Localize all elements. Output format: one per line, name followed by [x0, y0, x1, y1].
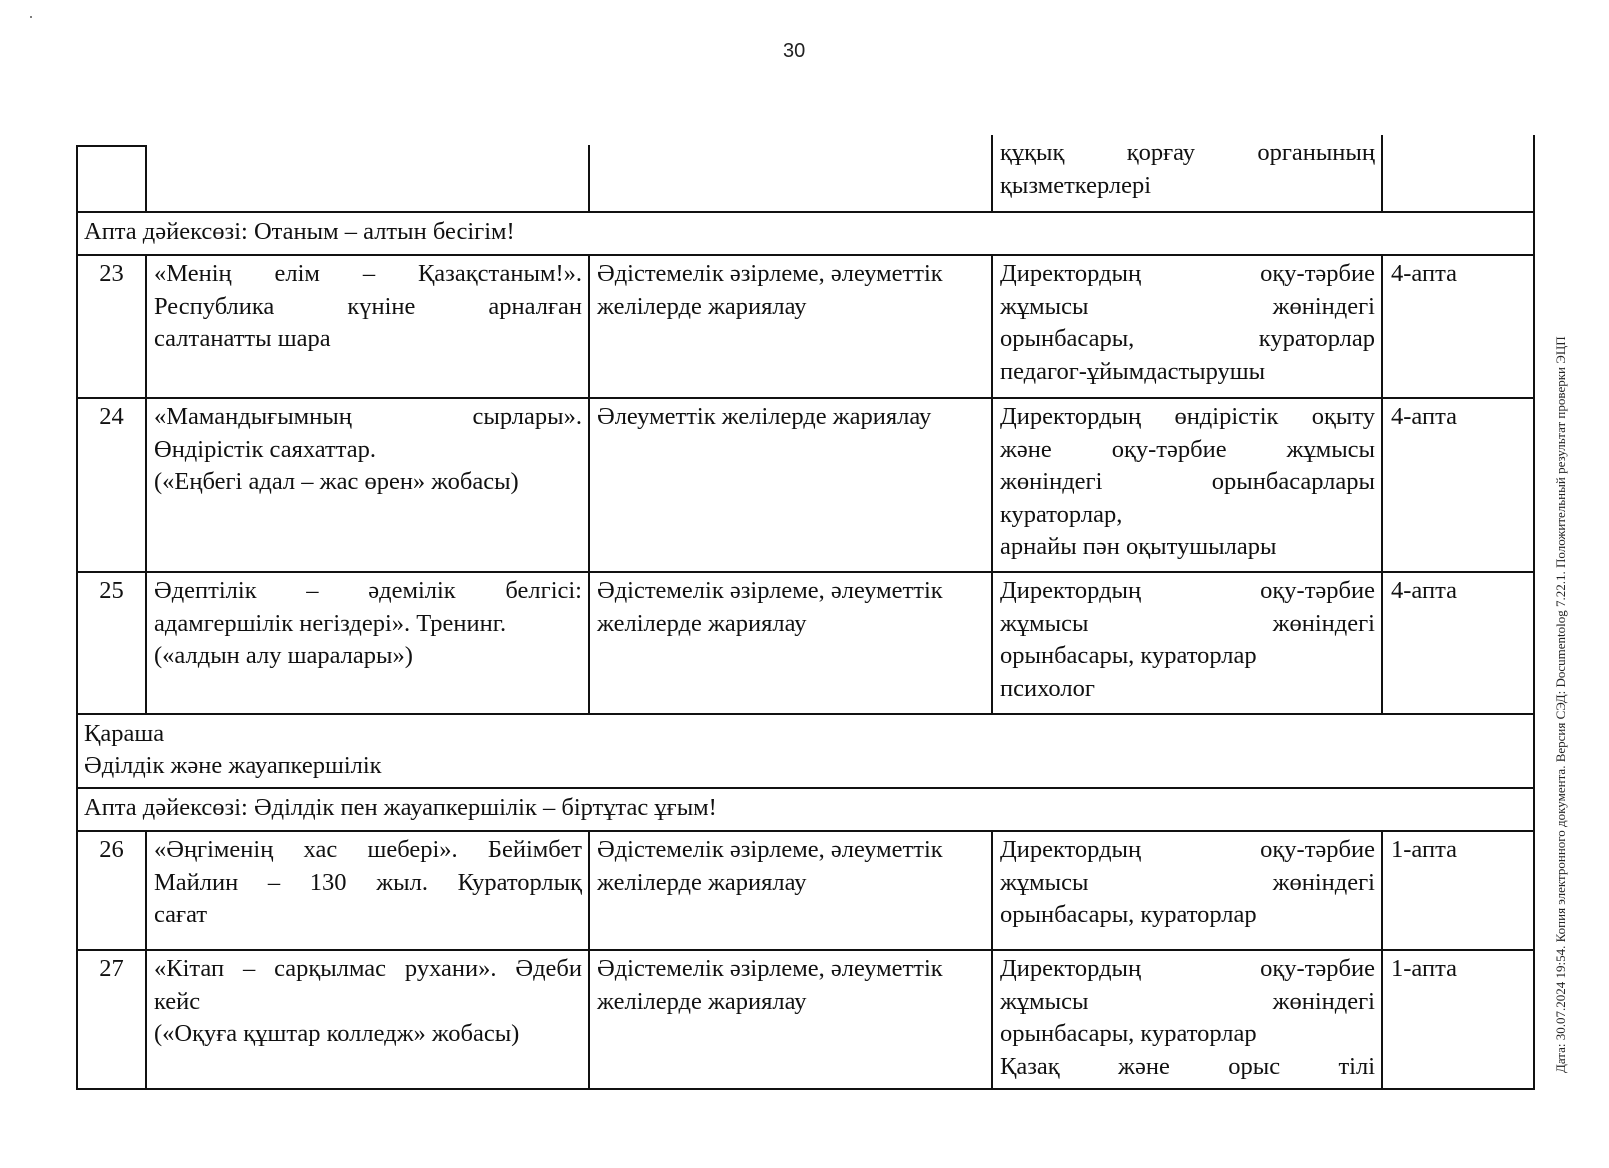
month-theme: ҚарашаӘділдік және жауапкершілік — [76, 715, 1535, 787]
cell-form: Әлеуметтік желілерде жариялау — [588, 399, 991, 571]
cell-deadline: 4-апта — [1381, 399, 1535, 571]
text-line: психолог — [1000, 673, 1375, 706]
cell-responsible: құқық қорғау органыныңқызметкерлері — [991, 135, 1381, 211]
text-line: Қараша — [84, 718, 1527, 750]
text-line: Директордың оқу-тәрбие — [1000, 575, 1375, 608]
text-line: жұмысы жөніндегі — [1000, 867, 1375, 900]
table-row: 26«Әңгіменің хас шебері». БейімбетМайлин… — [76, 832, 1535, 951]
table-row: 23«Менің елім – Қазақстаным!».Республика… — [76, 256, 1535, 399]
text-line: қызметкерлері — [1000, 170, 1375, 203]
cell-event: Әдептілік – әдемілік белгісі:адамгершілі… — [145, 573, 588, 713]
text-line: құқық қорғау органының — [1000, 137, 1375, 170]
scan-speck — [30, 16, 32, 18]
text-line: Директордың оқу-тәрбие — [1000, 834, 1375, 867]
cell-number: 24 — [76, 399, 145, 571]
cell-deadline: 4-апта — [1381, 573, 1535, 713]
cell-deadline: 4-апта — [1381, 256, 1535, 397]
text-line: Әділдік және жауапкершілік — [84, 750, 1527, 782]
text-line: Әдістемелік әзірлеме, әлеуметтік — [597, 953, 985, 986]
text-line: («Оқуға құштар колледж» жобасы) — [154, 1018, 582, 1051]
table-row: 27«Кітап – сарқылмас рухани». Әдебикейс(… — [76, 951, 1535, 1090]
text-line: Директордың оқу-тәрбие — [1000, 258, 1375, 291]
text-line: («алдын алу шаралары») — [154, 640, 582, 673]
table-row-continuation: құқық қорғау органыныңқызметкерлері — [76, 135, 1535, 213]
week-motto: Апта дәйексөзі: Әділдік пен жауапкершілі… — [76, 789, 1535, 830]
electronic-signature-stamp: Дата: 30.07.2024 19:54. Копия электронно… — [1553, 336, 1569, 1073]
cell-form: Әдістемелік әзірлеме, әлеуметтікжелілерд… — [588, 573, 991, 713]
text-line: Республика күніне арналған — [154, 291, 582, 324]
cell-number: 26 — [76, 832, 145, 949]
text-line: «Мамандығымның сырлары». — [154, 401, 582, 434]
cell-responsible: Директордың оқу-тәрбиежұмысы жөніндегіор… — [991, 951, 1381, 1088]
cell-number — [76, 145, 145, 211]
cell-responsible: Директордың оқу-тәрбиежұмысы жөніндегіор… — [991, 832, 1381, 949]
text-line: Директордың оқу-тәрбие — [1000, 953, 1375, 986]
cell-form — [588, 145, 991, 211]
text-line: жұмысы жөніндегі — [1000, 608, 1375, 641]
cell-deadline: 1-апта — [1381, 951, 1535, 1088]
text-line: орынбасары, кураторлар — [1000, 899, 1375, 932]
table-row: 24«Мамандығымның сырлары».Өндірістік сая… — [76, 399, 1535, 573]
text-line: сағат — [154, 899, 582, 932]
cell-event: «Мамандығымның сырлары».Өндірістік саяха… — [145, 399, 588, 571]
text-line: желілерде жариялау — [597, 986, 985, 1019]
text-line: («Еңбегі адал – жас өрен» жобасы) — [154, 466, 582, 499]
table-row: 25Әдептілік – әдемілік белгісі:адамгерші… — [76, 573, 1535, 715]
text-line: және оқу-тәрбие жұмысы — [1000, 434, 1375, 467]
text-line: орынбасары, кураторлар — [1000, 640, 1375, 673]
cell-event: «Менің елім – Қазақстаным!».Республика к… — [145, 256, 588, 397]
text-line: кураторлар, — [1000, 499, 1375, 532]
text-line: желілерде жариялау — [597, 291, 985, 324]
page-number: 30 — [783, 40, 805, 63]
text-line: жұмысы жөніндегі — [1000, 291, 1375, 324]
text-line: Өндірістік саяхаттар. — [154, 434, 582, 467]
text-line: Әдептілік – әдемілік белгісі: — [154, 575, 582, 608]
text-line: Әдістемелік әзірлеме, әлеуметтік — [597, 834, 985, 867]
cell-form: Әдістемелік әзірлеме, әлеуметтікжелілерд… — [588, 256, 991, 397]
text-line: салтанатты шара — [154, 323, 582, 356]
text-line: Әдістемелік әзірлеме, әлеуметтік — [597, 258, 985, 291]
text-line: адамгершілік негіздері». Тренинг. — [154, 608, 582, 641]
text-line: Әдістемелік әзірлеме, әлеуметтік — [597, 575, 985, 608]
text-line: Майлин – 130 жыл. Кураторлық — [154, 867, 582, 900]
text-line: Директордың өндірістік оқыту — [1000, 401, 1375, 434]
cell-number: 27 — [76, 951, 145, 1088]
month-theme-row: ҚарашаӘділдік және жауапкершілік — [76, 715, 1535, 789]
text-line: Әлеуметтік желілерде жариялау — [597, 401, 985, 434]
cell-number: 25 — [76, 573, 145, 713]
text-line: Қазақ және орыс тілі — [1000, 1051, 1375, 1084]
cell-deadline — [1381, 135, 1535, 211]
text-line: арнайы пән оқытушылары — [1000, 531, 1375, 564]
cell-event — [145, 145, 588, 211]
text-line: «Әңгіменің хас шебері». Бейімбет — [154, 834, 582, 867]
text-line: педагог-ұйымдастырушы — [1000, 356, 1375, 389]
week-motto-row: Апта дәйексөзі: Отаным – алтын бесігім! — [76, 213, 1535, 256]
cell-form: Әдістемелік әзірлеме, әлеуметтікжелілерд… — [588, 951, 991, 1088]
cell-event: «Кітап – сарқылмас рухани». Әдебикейс(«О… — [145, 951, 588, 1088]
text-line: желілерде жариялау — [597, 608, 985, 641]
text-line: «Кітап – сарқылмас рухани». Әдеби — [154, 953, 582, 986]
text-line: жөніндегі орынбасарлары — [1000, 466, 1375, 499]
cell-responsible: Директордың оқу-тәрбиежұмысы жөніндегіор… — [991, 573, 1381, 713]
week-motto: Апта дәйексөзі: Отаным – алтын бесігім! — [76, 213, 1535, 254]
text-line: жұмысы жөніндегі — [1000, 986, 1375, 1019]
text-line: кейс — [154, 986, 582, 1019]
plan-table: құқық қорғау органыныңқызметкерлері Апта… — [76, 135, 1535, 1090]
cell-responsible: Директордың өндірістік оқытужәне оқу-тәр… — [991, 399, 1381, 571]
cell-number: 23 — [76, 256, 145, 397]
cell-responsible: Директордың оқу-тәрбиежұмысы жөніндегіор… — [991, 256, 1381, 397]
cell-deadline: 1-апта — [1381, 832, 1535, 949]
cell-form: Әдістемелік әзірлеме, әлеуметтікжелілерд… — [588, 832, 991, 949]
cell-event: «Әңгіменің хас шебері». БейімбетМайлин –… — [145, 832, 588, 949]
text-line: орынбасары, кураторлар — [1000, 323, 1375, 356]
text-line: «Менің елім – Қазақстаным!». — [154, 258, 582, 291]
text-line: желілерде жариялау — [597, 867, 985, 900]
text-line: орынбасары, кураторлар — [1000, 1018, 1375, 1051]
week-motto-row: Апта дәйексөзі: Әділдік пен жауапкершілі… — [76, 789, 1535, 832]
